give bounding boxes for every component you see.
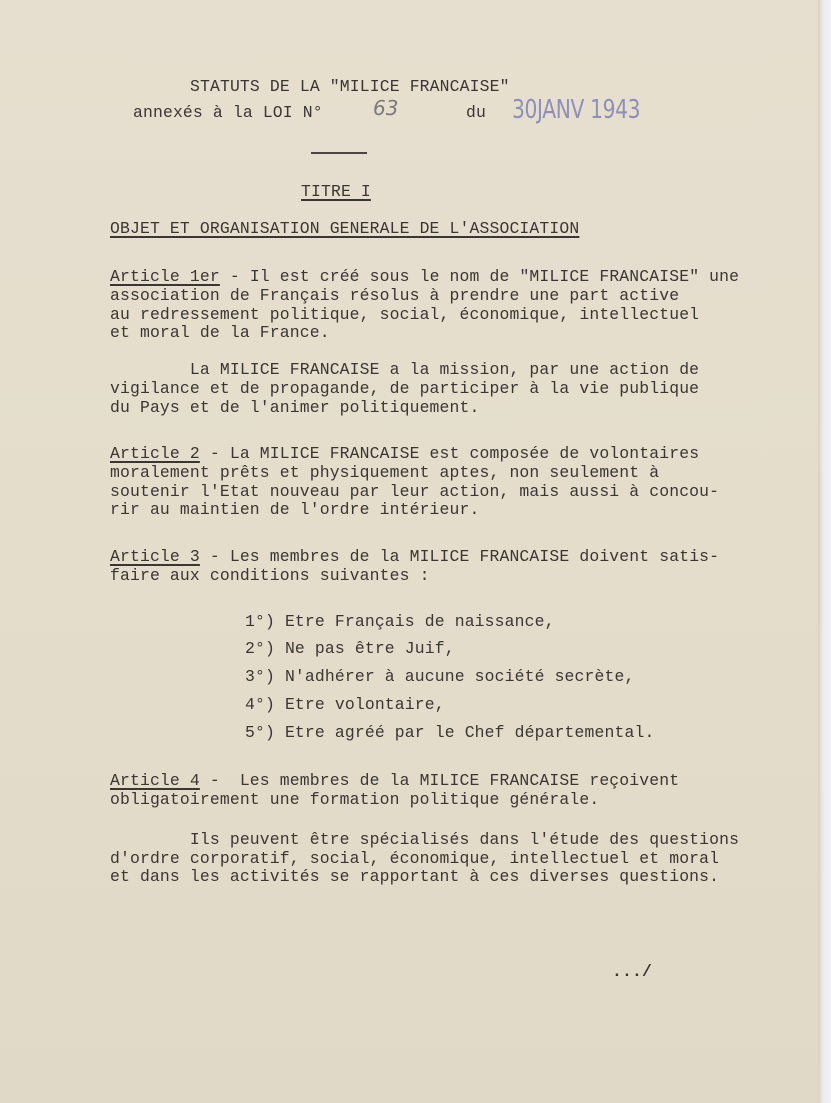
article-3-label: Article 3: [110, 547, 200, 566]
condition-5: 5°) Etre agréé par le Chef départemental…: [245, 723, 654, 743]
page-edge: [818, 0, 831, 1103]
subtitle-prefix: annexés à la LOI N°: [133, 103, 323, 123]
article-1-para2-line-1: La MILICE FRANCAISE a la mission, par un…: [110, 360, 699, 380]
article-2-line-3: soutenir l'Etat nouveau par leur action,…: [110, 482, 719, 502]
article-1-line-3: au redressement politique, social, écono…: [110, 305, 699, 325]
article-3-line-2: faire aux conditions suivantes :: [110, 566, 430, 586]
article-2-line-2: moralement prêts et physiquement aptes, …: [110, 463, 659, 483]
article-4-line-1: Article 4 - Les membres de la MILICE FRA…: [110, 771, 679, 791]
condition-4: 4°) Etre volontaire,: [245, 695, 445, 715]
article-4-line-2: obligatoirement une formation politique …: [110, 790, 599, 810]
condition-3: 3°) N'adhérer à aucune société secrète,: [245, 667, 634, 687]
titre-heading: TITRE I: [301, 182, 371, 202]
continuation-mark: .../: [612, 962, 652, 982]
section-heading: OBJET ET ORGANISATION GENERALE DE L'ASSO…: [110, 219, 579, 239]
article-1-para2-line-3: du Pays et de l'animer politiquement.: [110, 398, 479, 418]
article-2-line-4: rir au maintien de l'ordre intérieur.: [110, 500, 479, 520]
article-1-line-4: et moral de la France.: [110, 323, 330, 343]
article-1-line-2: association de Français résolus à prendr…: [110, 286, 679, 306]
separator-rule: [311, 152, 367, 154]
condition-1: 1°) Etre Français de naissance,: [245, 612, 555, 632]
article-4-para2-line-2: d'ordre corporatif, social, économique, …: [110, 849, 719, 869]
subtitle-du: du: [466, 103, 486, 123]
article-4-para2-line-3: et dans les activités se rapportant à ce…: [110, 867, 719, 887]
article-2-label: Article 2: [110, 444, 200, 463]
article-3-line-1: Article 3 - Les membres de la MILICE FRA…: [110, 547, 719, 567]
article-1-line-1: Article 1er - Il est créé sous le nom de…: [110, 267, 739, 287]
article-2-line-1: Article 2 - La MILICE FRANCAISE est comp…: [110, 444, 699, 464]
law-number-handwritten: 63: [373, 96, 398, 120]
article-1-para2-line-2: vigilance et de propagande, de participe…: [110, 379, 699, 399]
condition-2: 2°) Ne pas être Juif,: [245, 639, 455, 659]
document-title: STATUTS DE LA "MILICE FRANCAISE": [190, 77, 510, 97]
article-4-para2-line-1: Ils peuvent être spécialisés dans l'étud…: [110, 830, 739, 850]
date-stamp: 30JANV 1943: [512, 95, 640, 125]
article-1-label: Article 1er: [110, 267, 220, 286]
article-4-label: Article 4: [110, 771, 200, 790]
